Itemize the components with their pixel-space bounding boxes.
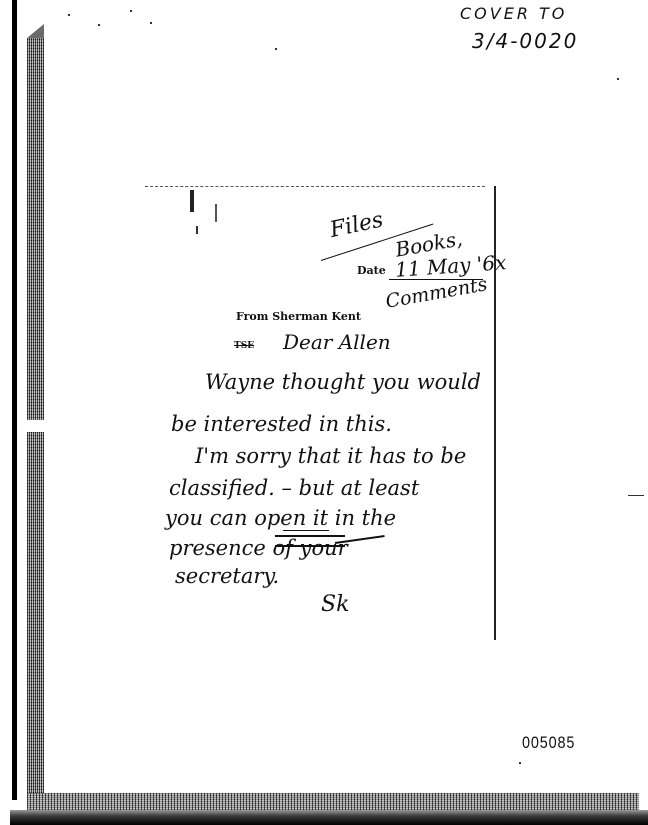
scan-speck: [275, 48, 277, 50]
document-number: 005085: [522, 733, 575, 753]
punch-mark: [215, 204, 217, 222]
body-line: I'm sorry that it has to be: [195, 444, 466, 468]
punch-mark: [190, 190, 194, 212]
open-underline: [283, 530, 329, 531]
scan-edge-left: [12, 0, 17, 800]
scanned-page: COVER TO 3/4-0020 Files Books, Date 11 M…: [0, 0, 648, 825]
scan-speck: [68, 14, 70, 16]
cover-annotation-line1: COVER TO: [460, 4, 630, 23]
scan-speck: [98, 24, 100, 26]
scan-speck: [150, 22, 152, 24]
card-top-edge: [145, 186, 485, 187]
files-annotation: Files: [328, 207, 386, 243]
struck-prefix: TSE: [234, 341, 254, 351]
body-line: secretary.: [175, 564, 279, 588]
body-line: be interested in this.: [171, 412, 392, 436]
scan-shadow-gap: [27, 420, 44, 432]
salutation: Dear Allen: [283, 330, 391, 354]
scan-edge-bottom: [10, 810, 648, 825]
body-line: classified. – but at least: [169, 476, 419, 500]
cover-annotation-line2: 3/4-0020: [472, 29, 630, 53]
scan-speck: [519, 762, 521, 764]
punch-mark: [196, 226, 198, 234]
from-line: From Sherman Kent: [236, 310, 361, 323]
cover-annotation: COVER TO 3/4-0020: [460, 4, 630, 53]
note-card: Files Books, Date 11 May '6x Comments Fr…: [145, 186, 497, 640]
signature: Sk: [321, 592, 349, 617]
body-line: you can open it in the: [165, 506, 396, 530]
scan-speck: [130, 10, 132, 12]
scan-mark: [628, 495, 644, 496]
date-label: Date: [357, 264, 386, 277]
scan-speck: [617, 78, 619, 80]
scan-shadow-bottom: [27, 793, 639, 810]
body-line: Wayne thought you would: [205, 370, 481, 394]
